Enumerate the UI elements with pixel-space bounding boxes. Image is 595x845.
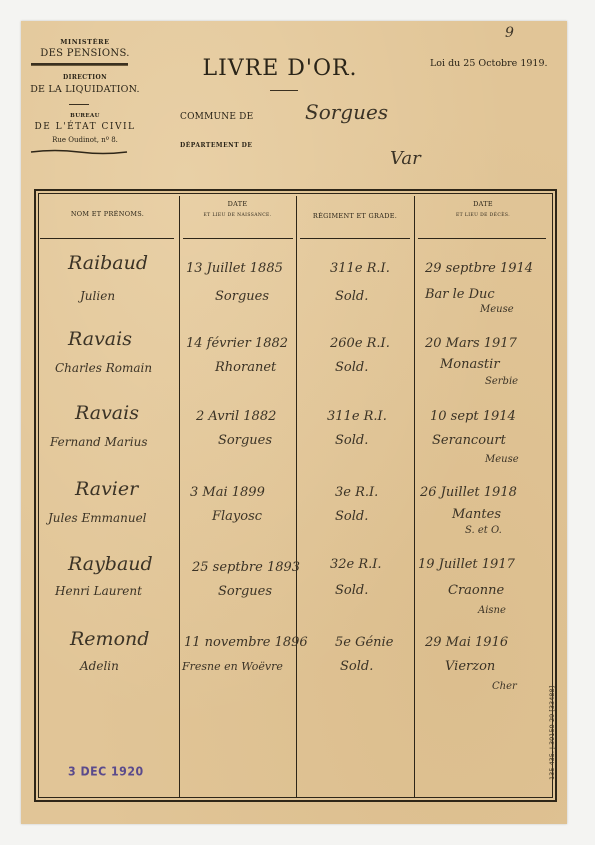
departement-value: Var <box>390 148 421 169</box>
grade: Sold. <box>335 584 368 597</box>
surname: Ravais <box>68 330 132 349</box>
death-place: Bar le Duc <box>425 288 495 301</box>
grade: Sold. <box>335 290 368 303</box>
commune-value: Sorgues <box>305 100 388 124</box>
law-reference: Loi du 25 Octobre 1919. <box>430 58 550 69</box>
death-department: Serbie <box>485 377 518 387</box>
death-place: Craonne <box>448 584 504 597</box>
regiment: 260e R.I. <box>330 337 390 350</box>
birth-place: Sorgues <box>218 434 272 447</box>
surname: Raybaud <box>68 555 153 574</box>
given-names: Henri Laurent <box>55 585 142 597</box>
direction-name: DE LA LIQUIDATION. <box>20 84 150 95</box>
bureau-address: Rue Oudinot, nº 8. <box>30 136 140 144</box>
grade: Sold. <box>335 361 368 374</box>
regiment: 311e R.I. <box>330 262 390 275</box>
regiment: 3e R.I. <box>335 486 378 499</box>
column-header-regiment: RÉGIMENT ET GRADE. <box>298 212 412 220</box>
birth-place: Sorgues <box>215 290 269 303</box>
death-place: Serancourt <box>432 434 506 447</box>
ministere-name: DES PENSIONS. <box>30 48 140 59</box>
divider <box>40 238 174 239</box>
grade: Sold. <box>335 510 368 523</box>
column-header-name: NOM ET PRÉNOMS. <box>40 210 175 218</box>
death-date: 20 Mars 1917 <box>425 337 517 350</box>
given-names: Charles Romain <box>55 362 152 374</box>
regiment: 5e Génie <box>335 636 393 649</box>
birth-place: Flayosc <box>212 510 262 523</box>
commune-label: COMMUNE DE <box>180 112 253 122</box>
death-date: 26 Juillet 1918 <box>420 486 517 499</box>
given-names: Jules Emmanuel <box>48 512 147 524</box>
departement-label: DÉPARTEMENT DE <box>180 142 252 149</box>
death-department: Meuse <box>480 305 514 315</box>
divider <box>183 238 293 239</box>
surname: Ravais <box>75 404 139 423</box>
bureau-name: DE L'ÉTAT CIVIL <box>25 122 145 132</box>
column-header-birth: DATE ET LIEU DE NAISSANCE. <box>181 200 294 218</box>
birth-date: 14 février 1882 <box>186 337 288 350</box>
birth-date: 3 Mai 1899 <box>190 486 265 499</box>
divider <box>270 90 298 91</box>
death-department: Aisne <box>478 606 506 616</box>
regiment: 311e R.I. <box>327 410 387 423</box>
birth-date: 11 novembre 1896 <box>184 636 308 649</box>
surname: Remond <box>70 630 149 649</box>
death-date: 29 septbre 1914 <box>425 262 533 275</box>
column-header-death: DATE ET LIEU DE DÉCÈS. <box>416 200 550 218</box>
bureau-label: BUREAU <box>30 113 140 119</box>
grade: Sold. <box>335 434 368 447</box>
direction-label: DIRECTION <box>30 74 140 81</box>
date-stamp: 3 DEC 1920 <box>68 764 144 778</box>
ornamental-swash-icon <box>30 149 128 155</box>
ministere-label: MINISTÈRE <box>30 38 140 46</box>
death-place: Monastir <box>440 358 500 371</box>
surname: Raibaud <box>68 254 148 273</box>
birth-date: 2 Avril 1882 <box>196 410 276 423</box>
death-place: Mantes <box>452 508 501 521</box>
divider <box>418 238 546 239</box>
page-title: LIVRE D'OR. <box>190 56 370 81</box>
death-department: Meuse <box>485 455 519 465</box>
printer-code: 135 435. J.30150-29 [33488] <box>537 620 551 780</box>
given-names: Adelin <box>80 660 119 672</box>
column-divider <box>414 196 415 798</box>
surname: Ravier <box>75 480 138 499</box>
death-department: S. et O. <box>465 526 502 536</box>
grade: Sold. <box>340 660 373 673</box>
death-department: Cher <box>492 682 517 692</box>
column-divider <box>296 196 297 798</box>
divider <box>69 104 89 105</box>
divider <box>31 63 128 66</box>
death-place: Vierzon <box>445 660 495 673</box>
birth-date: 25 septbre 1893 <box>192 561 300 574</box>
birth-place: Fresne en Woëvre <box>182 661 283 672</box>
death-date: 19 Juillet 1917 <box>418 558 515 571</box>
death-date: 29 Mai 1916 <box>425 636 508 649</box>
given-names: Julien <box>80 290 115 302</box>
birth-place: Rhoranet <box>215 361 276 374</box>
birth-date: 13 Juillet 1885 <box>186 262 283 275</box>
given-names: Fernand Marius <box>50 436 148 448</box>
column-divider <box>179 196 180 798</box>
folio-number: 9 <box>505 25 514 41</box>
death-date: 10 sept 1914 <box>430 410 516 423</box>
divider <box>300 238 410 239</box>
regiment: 32e R.I. <box>330 558 382 571</box>
birth-place: Sorgues <box>218 585 272 598</box>
